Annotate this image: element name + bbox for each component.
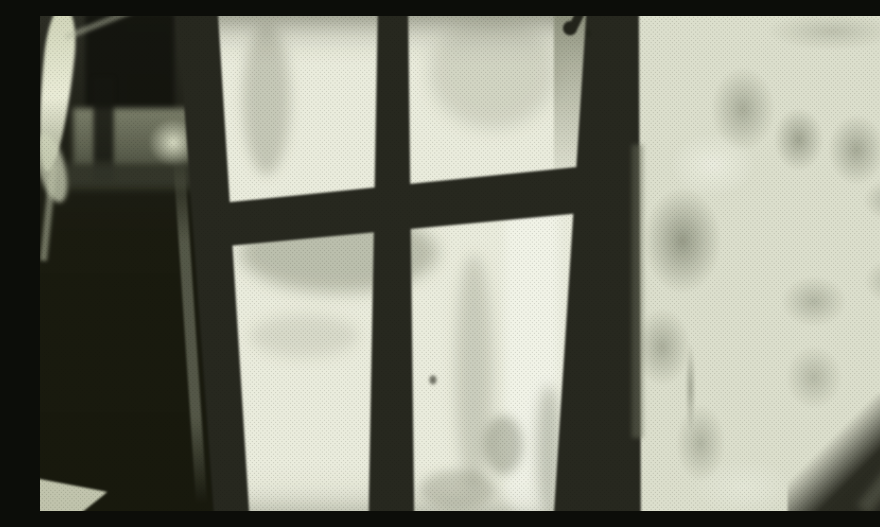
- vertical-glazing-bar: [40, 16, 880, 511]
- halftone-photo: [40, 16, 880, 511]
- latch-silhouette: [585, 29, 591, 37]
- window-frame: [40, 16, 880, 511]
- horizontal-glazing-bar: [40, 16, 880, 511]
- frame-edge-highlight: [632, 145, 643, 438]
- frame-left-stile: [40, 16, 880, 511]
- photo-scene: [40, 16, 880, 511]
- latch-silhouette: [563, 21, 577, 35]
- frame-right-stile: [40, 16, 880, 511]
